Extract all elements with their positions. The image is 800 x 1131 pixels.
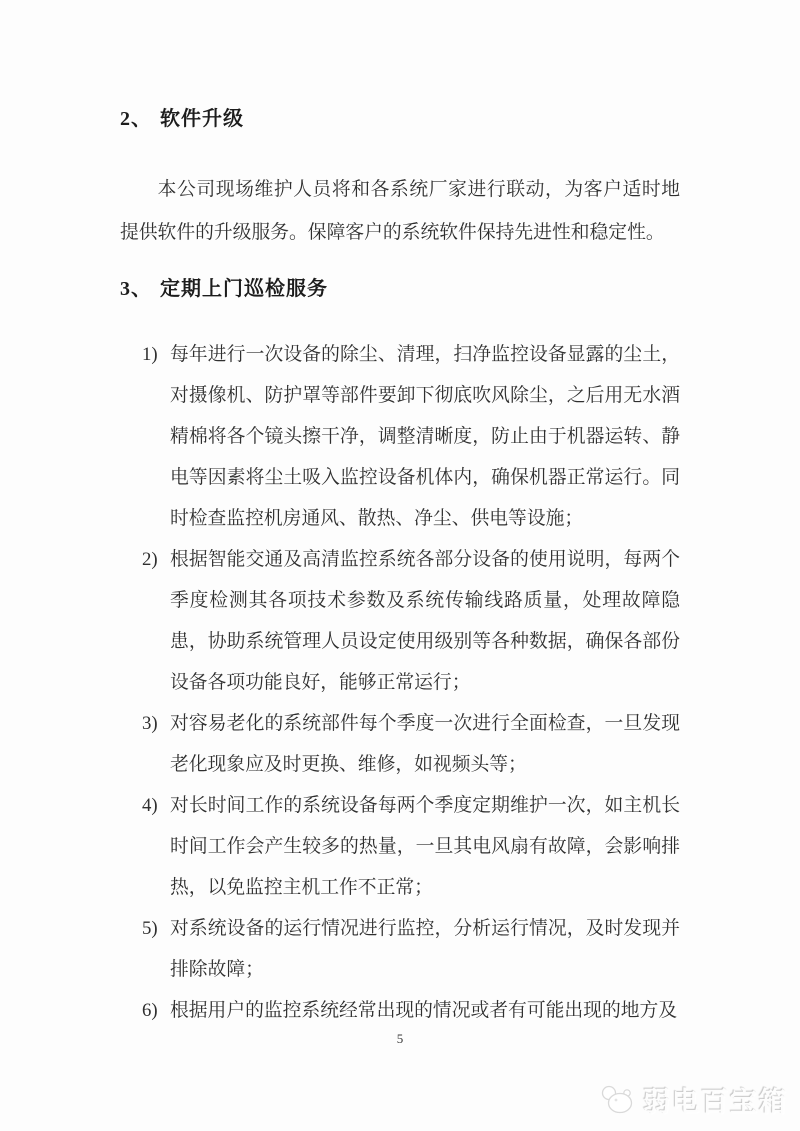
list-item: 3) 对容易老化的系统部件每个季度一次进行全面检查，一旦发现老化现象应及时更换、…	[120, 703, 680, 785]
section-heading-inspection-service: 3、定期上门巡检服务	[120, 276, 680, 302]
list-item-marker: 3)	[142, 703, 158, 744]
list-item: 1) 每年进行一次设备的除尘、清理，扫净监控设备显露的尘土，对摄像机、防护罩等部…	[120, 334, 680, 539]
inspection-service-list: 1) 每年进行一次设备的除尘、清理，扫净监控设备显露的尘土，对摄像机、防护罩等部…	[120, 334, 680, 1031]
list-item-marker: 2)	[142, 539, 158, 580]
document-content: 2、软件升级 本公司现场维护人员将和各系统厂家进行联动，为客户适时地提供软件的升…	[120, 106, 680, 1031]
document-page: 2、软件升级 本公司现场维护人员将和各系统厂家进行联动，为客户适时地提供软件的升…	[0, 0, 800, 1131]
list-item-text: 根据用户的监控系统经常出现的情况或者有可能出现的地方及	[170, 1000, 677, 1021]
list-item-text: 根据智能交通及高清监控系统各部分设备的使用说明，每两个季度检测其各项技术参数及系…	[170, 549, 680, 693]
list-item: 5) 对系统设备的运行情况进行监控，分析运行情况，及时发现并排除故障；	[120, 908, 680, 990]
list-item-text: 对长时间工作的系统设备每两个季度定期维护一次，如主机长时间工作会产生较多的热量，…	[170, 795, 680, 898]
software-upgrade-paragraph: 本公司现场维护人员将和各系统厂家进行联动，为客户适时地提供软件的升级服务。保障客…	[120, 168, 680, 254]
list-item: 6) 根据用户的监控系统经常出现的情况或者有可能出现的地方及	[120, 990, 680, 1031]
list-item-text: 每年进行一次设备的除尘、清理，扫净监控设备显露的尘土，对摄像机、防护罩等部件要卸…	[170, 344, 680, 529]
list-item-marker: 5)	[142, 908, 158, 949]
brand-watermark-text: 弱电百宝箱	[643, 1080, 788, 1119]
section-title: 软件升级	[160, 108, 244, 130]
list-item-marker: 6)	[142, 990, 158, 1031]
list-item-marker: 4)	[142, 785, 158, 826]
list-item-marker: 1)	[142, 334, 158, 375]
section-number: 3、	[120, 276, 160, 302]
list-item-text: 对系统设备的运行情况进行监控，分析运行情况，及时发现并排除故障；	[170, 918, 680, 980]
list-item-text: 对容易老化的系统部件每个季度一次进行全面检查，一旦发现老化现象应及时更换、维修，…	[170, 713, 680, 775]
list-item: 4) 对长时间工作的系统设备每两个季度定期维护一次，如主机长时间工作会产生较多的…	[120, 785, 680, 908]
brand-watermark: 弱电百宝箱	[600, 1080, 788, 1119]
page-number: 5	[0, 1031, 800, 1047]
list-item: 2) 根据智能交通及高清监控系统各部分设备的使用说明，每两个季度检测其各项技术参…	[120, 539, 680, 703]
section-heading-software-upgrade: 2、软件升级	[120, 106, 680, 132]
panda-logo-icon	[600, 1084, 636, 1116]
section-number: 2、	[120, 106, 160, 132]
section-title: 定期上门巡检服务	[160, 278, 328, 300]
